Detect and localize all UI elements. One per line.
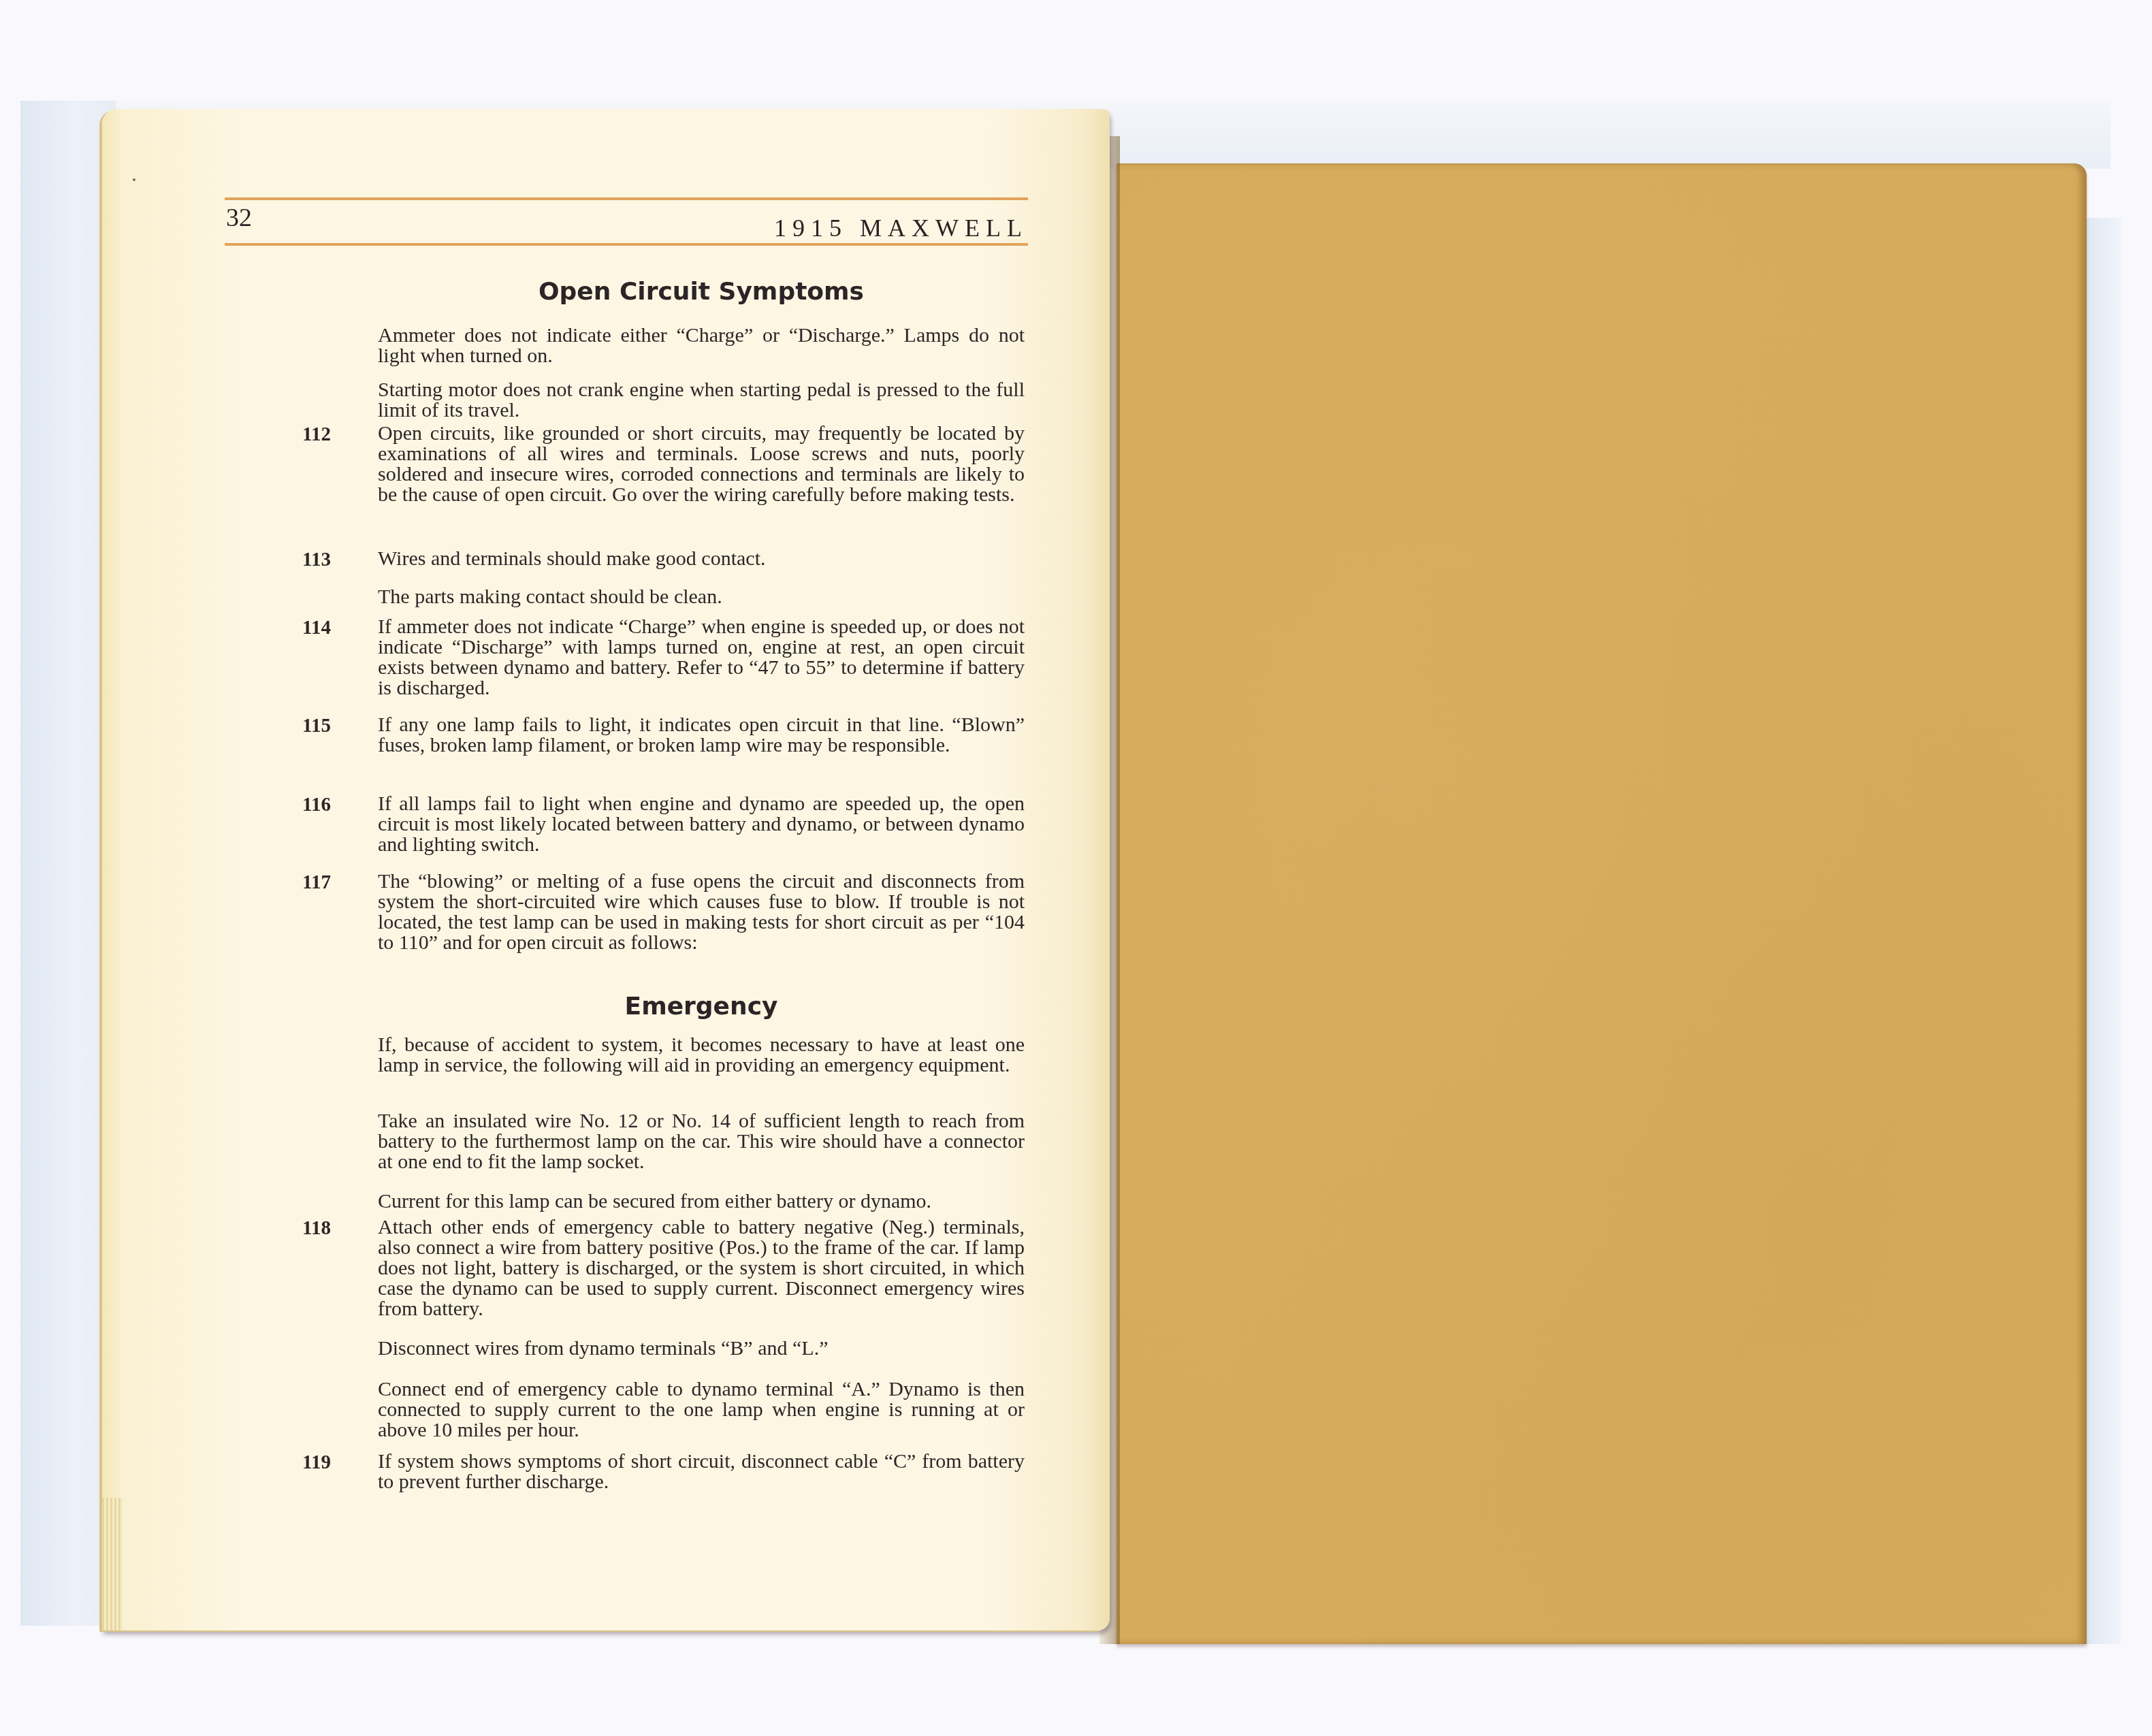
- paragraph: Ammeter does not indicate either “Charge…: [378, 325, 1025, 366]
- paragraph: If all lamps fail to light when engine a…: [378, 794, 1025, 855]
- paragraph: If any one lamp fails to light, it indic…: [378, 715, 1025, 756]
- paragraph: The “blowing” or melting of a fuse opens…: [378, 871, 1025, 953]
- paragraph-number: 115: [302, 715, 331, 737]
- paragraph: Wires and terminals should make good con…: [378, 549, 1025, 569]
- paragraph: Starting motor does not crank engine whe…: [378, 380, 1025, 421]
- paragraph: The parts making contact should be clean…: [378, 587, 1025, 607]
- running-head: 1915 MAXWELL: [774, 214, 1028, 242]
- paragraph: Open circuits, like grounded or short ci…: [378, 423, 1025, 505]
- paragraph: If ammeter does not indicate “Charge” wh…: [378, 617, 1025, 698]
- paragraph-number: 113: [302, 549, 331, 571]
- scanner-background-right: [2087, 218, 2121, 1644]
- paragraph: Disconnect wires from dynamo terminals “…: [378, 1338, 1025, 1359]
- header-rule-bottom: [225, 243, 1028, 246]
- paper-speck: [133, 178, 135, 181]
- section-heading-emergency: Emergency: [378, 993, 1025, 1020]
- paragraph-number: 117: [302, 871, 331, 894]
- paragraph: Take an insulated wire No. 12 or No. 14 …: [378, 1111, 1025, 1172]
- right-page-blank-cover: [1117, 163, 2087, 1644]
- paragraph-number: 116: [302, 794, 331, 816]
- paragraph: Attach other ends of emergency cable to …: [378, 1217, 1025, 1319]
- page-number: 32: [226, 203, 252, 233]
- paragraph-number: 112: [302, 423, 331, 446]
- page-stack-edges: [102, 1498, 123, 1630]
- paragraph-number: 114: [302, 617, 331, 639]
- paragraph: Current for this lamp can be secured fro…: [378, 1191, 1025, 1212]
- paragraph: If system shows symptoms of short circui…: [378, 1451, 1025, 1492]
- paragraph-number: 118: [302, 1217, 331, 1240]
- paragraph-number: 119: [302, 1451, 331, 1474]
- scanner-background-left: [20, 101, 116, 1626]
- paragraph: Connect end of emergency cable to dynamo…: [378, 1379, 1025, 1441]
- section-heading-open-circuit: Open Circuit Symptoms: [378, 278, 1025, 306]
- header-rule-top: [225, 197, 1028, 200]
- paragraph: If, because of accident to system, it be…: [378, 1035, 1025, 1076]
